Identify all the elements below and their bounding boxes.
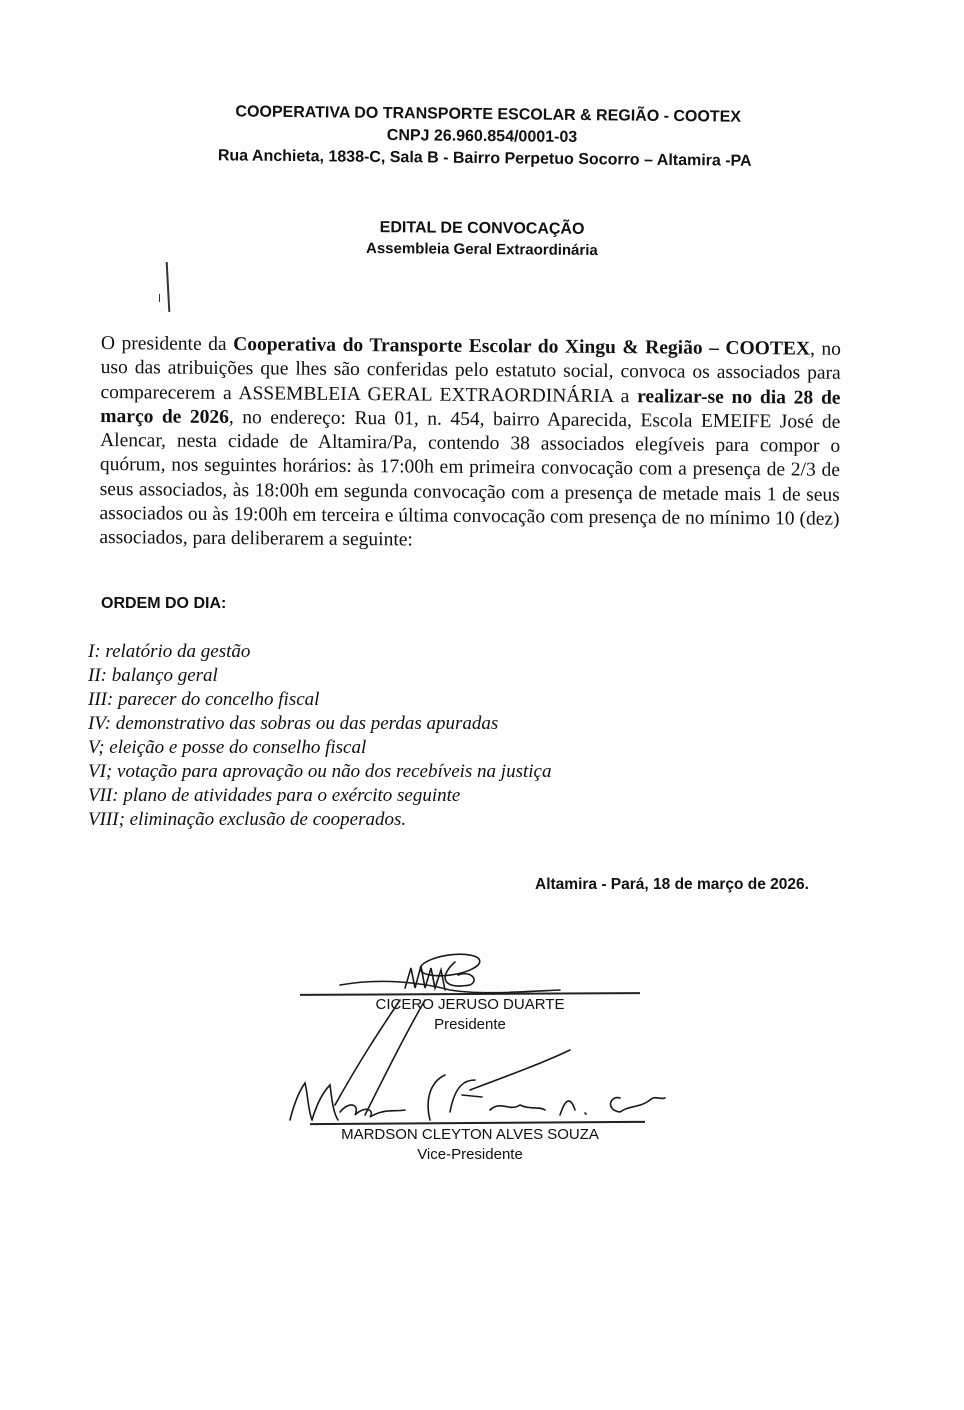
signatory-role: Presidente <box>300 1015 640 1035</box>
document-title: EDITAL DE CONVOCAÇÃO Assembleia Geral Ex… <box>0 214 964 264</box>
convocation-paragraph: O presidente da Cooperativa do Transport… <box>99 332 841 556</box>
paragraph-details: , no endereço: Rua 01, n. 454, bairro Ap… <box>99 407 840 551</box>
paragraph-intro: O presidente da <box>101 333 233 355</box>
agenda-item: III: parecer do concelho fiscal <box>88 688 551 712</box>
signatory-name: MARDSON CLEYTON ALVES SOUZA <box>300 1125 640 1145</box>
agenda-title: ORDEM DO DIA: <box>101 595 226 613</box>
agenda-item: II: balanço geral <box>88 664 551 688</box>
margin-pen-mark <box>166 262 171 312</box>
signatory-name: CICERO JERUSO DUARTE <box>300 995 640 1015</box>
signature-block-president: CICERO JERUSO DUARTE Presidente <box>300 995 640 1035</box>
paragraph-organization: Cooperativa do Transporte Escolar do Xin… <box>233 334 810 360</box>
date-place: Altamira - Pará, 18 de março de 2026. <box>535 876 809 894</box>
agenda-item: VI; votação para aprovação ou não dos re… <box>88 760 551 784</box>
agenda-item: IV: demonstrativo das sobras ou das perd… <box>88 712 551 736</box>
agenda-item: I: relatório da gestão <box>88 640 551 664</box>
document-header: COOPERATIVA DO TRANSPORTE ESCOLAR & REGI… <box>0 99 964 175</box>
agenda-item: VII: plano de atividades para o exército… <box>88 784 551 808</box>
signature-block-vice-president: MARDSON CLEYTON ALVES SOUZA Vice-Preside… <box>300 1125 640 1165</box>
agenda-item: V; eleição e posse do conselho fiscal <box>88 736 551 760</box>
agenda-item: VIII; eliminação exclusão de cooperados. <box>88 808 551 832</box>
agenda-list: I: relatório da gestão II: balanço geral… <box>88 640 551 832</box>
margin-pen-mark <box>159 294 160 302</box>
signatory-role: Vice-Presidente <box>300 1145 640 1165</box>
